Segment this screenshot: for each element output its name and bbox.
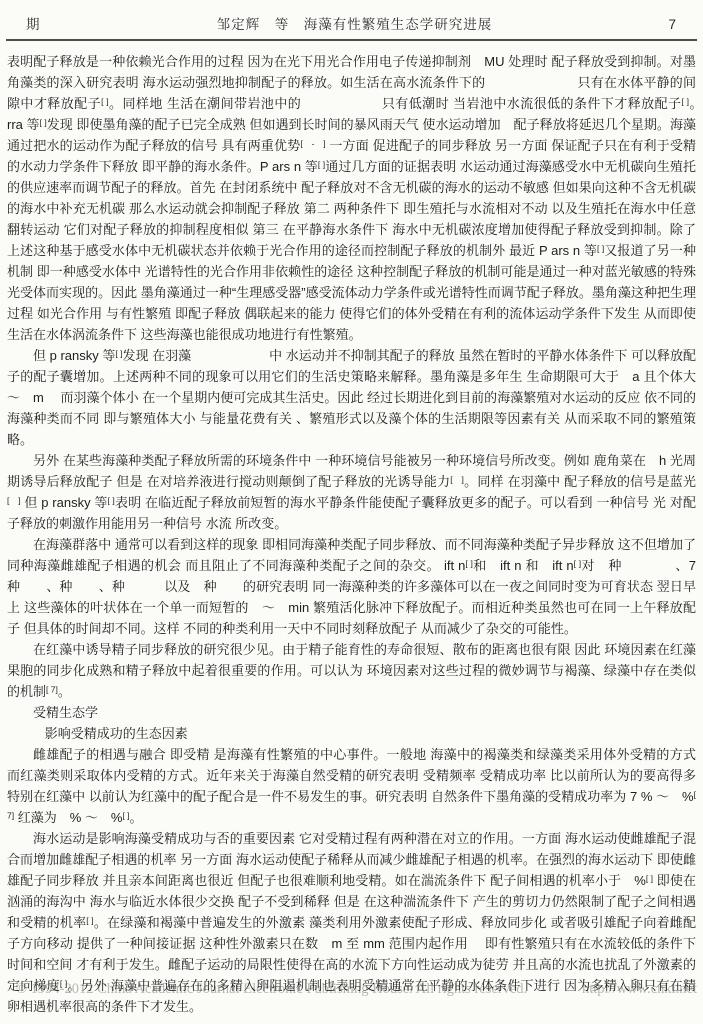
paragraph: 雌雄配子的相遇与融合 即受精 是海藻有性繁殖的中心事件。一般地 海藻中的褐藻类和… bbox=[7, 744, 696, 828]
header-issue-label: 期 bbox=[26, 13, 41, 33]
paragraph: 表明配子释放是一种依赖光合作用的过程 因为在光下用光合作用电子传递抑制剂 MU … bbox=[7, 51, 696, 345]
paragraph: 在海藻群落中 通常可以看到这样的现象 即相同海藻种类配子同步释放、而不同海藻种类… bbox=[7, 534, 696, 639]
paragraph: 海水运动是影响海藻受精成功与否的重要因素 它对受精过程有两种潜在对立的作用。一方… bbox=[7, 828, 696, 1017]
header-running-title: 邹定辉 等 海藻有性繁殖生态学研究进展 bbox=[217, 13, 493, 33]
section-subheading: 影响受精成功的生态因素 bbox=[7, 723, 696, 744]
page-header: 期 邹定辉 等 海藻有性繁殖生态学研究进展 7 bbox=[0, 0, 703, 33]
paragraph: 另外 在某些海藻种类配子释放所需的环境条件中 一种环境信号能被另一种环境信号所改… bbox=[7, 450, 696, 534]
paragraph: 但 p ransky 等[ ]发现 在羽藻 中 水运动并不抑制其配子的释放 虽然… bbox=[7, 345, 696, 450]
paragraph: 在红藻中诱导精子同步释放的研究很少见。由于精子能育性的寿命很短、散布的距离也很有… bbox=[7, 639, 696, 702]
section-heading: 受精生态学 bbox=[7, 702, 696, 723]
journal-page: 期 邹定辉 等 海藻有性繁殖生态学研究进展 7 表明配子释放是一种依赖光合作用的… bbox=[0, 0, 703, 1024]
header-page-number: 7 bbox=[668, 17, 677, 32]
body-paragraphs: 表明配子释放是一种依赖光合作用的过程 因为在光下用光合作用电子传递抑制剂 MU … bbox=[0, 41, 703, 1017]
